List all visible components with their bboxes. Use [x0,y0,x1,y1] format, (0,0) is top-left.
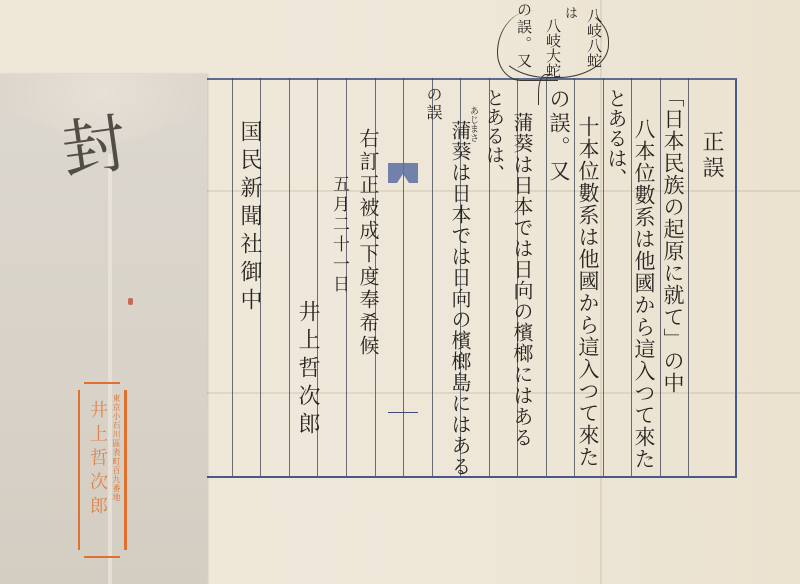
line-wrong-biro: 蒲葵は日本では日向の檳榔にはある [512,112,532,448]
column-rule [289,78,290,476]
signature: 井上哲次郎 [296,300,318,440]
line-correct-ju: 十本位數系は他國から這入つて來た [577,116,598,468]
annotation-correct: 八岐大蛇 [545,18,560,78]
column-rule [403,78,404,476]
annotation-wrong: 八岐八蛇 [586,8,601,68]
annotation-wa: は [563,6,576,19]
line-to-aru-wa-1: とあるは、 [606,88,626,188]
line-correct-birojima: 蒲葵は日本では日向の檳榔島にはある [450,120,470,477]
line-request-correction: 右訂正被成下度奉希候 [358,128,378,358]
stamp-address: 東京小石川區表町百九番地 [111,394,122,502]
stamp-name: 井上哲次郎 [84,400,110,520]
stamp-top-bar [84,382,120,384]
line-wrong-hachi: 八本位數系は他國から這入つて來た [633,118,654,470]
date: 五月二十一日 [330,175,347,295]
addressee: 国民新聞社御中 [238,120,260,316]
seal-fu-mark: 封 [55,88,158,200]
line-no-ayamari-mata: の誤。又 [548,88,569,184]
line-no-ayamari: の誤 [425,86,441,122]
blue-margin-tick [388,412,418,413]
column-rule [432,78,433,476]
title-seigo: 正誤 [700,130,722,182]
stamp-bottom-bar [84,556,120,558]
column-rule [574,78,575,476]
column-rule [688,78,689,476]
annotation-bubble-stem [538,74,551,105]
sender-stamp: 東京小石川區表町百九番地 井上哲次郎 [78,390,127,550]
annotation-tail: の誤。又 [516,2,531,70]
column-rule [232,78,233,476]
line-to-aru-wa-2: とあるは、 [484,88,503,183]
line-article-title: 「日本民族の起原に就て」の中 [662,86,683,394]
red-ink-spot [128,298,133,305]
